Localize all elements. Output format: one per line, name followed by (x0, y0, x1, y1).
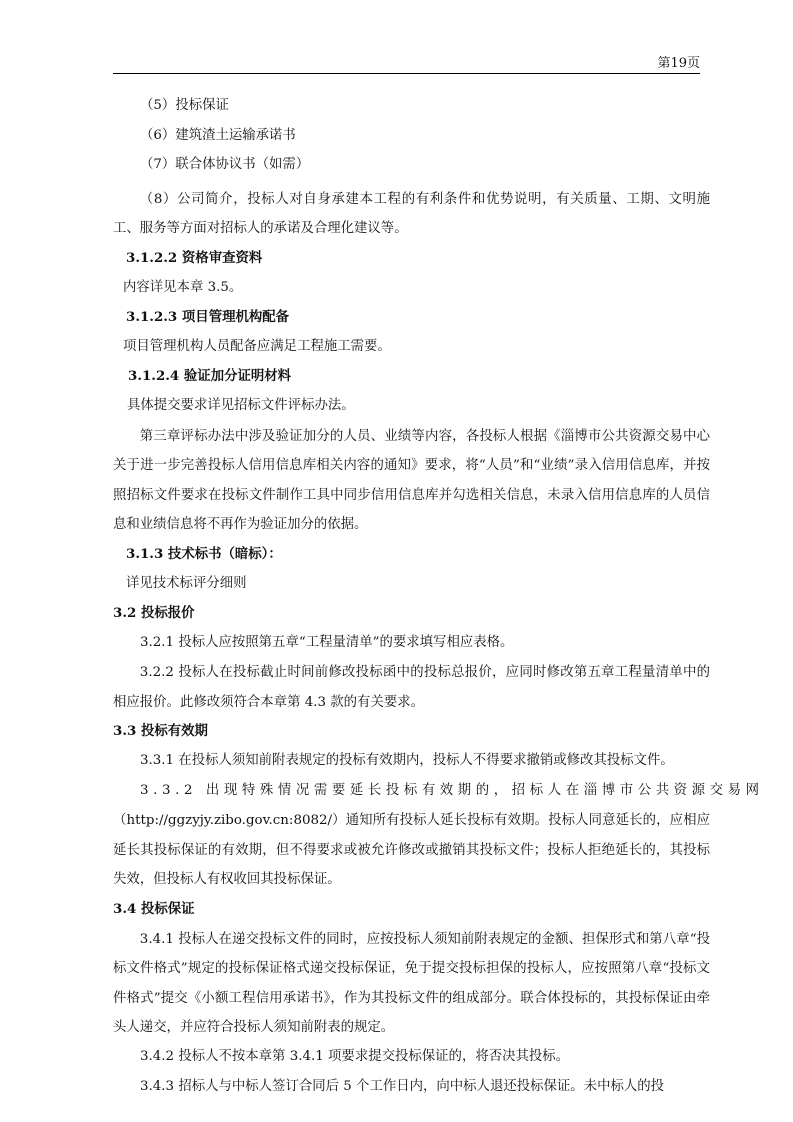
paragraph: 3.4.2 投标人不按本章第 3.4.1 项要求提交投标保证的，将否决其投标。 (113, 1047, 710, 1077)
paragraph: 内容详见本章 3.5。 (113, 278, 710, 308)
paragraph: 第三章评标办法中涉及验证加分的人员、业绩等内容，各投标人根据《淄博市公共资源交易… (113, 422, 710, 540)
paragraph: 详见技术标评分细则 (113, 574, 710, 604)
section-heading-3-1-2-3: 3.1.2.3 项目管理机构配备 (113, 307, 710, 337)
list-item: （7）联合体协议书（如需） (113, 155, 710, 185)
paragraph: 3.3.1 在投标人须知前附表规定的投标有效期内，投标人不得要求撤销或修改其投标… (113, 751, 710, 781)
page-header: 第19页 (113, 52, 700, 74)
section-heading-3-1-3: 3.1.3 技术标书（暗标）： (113, 544, 710, 574)
paragraph: 项目管理机构人员配备应满足工程施工需要。 (113, 337, 710, 367)
paragraph: 3.4.1 投标人在递交投标文件的同时，应按投标人须知前附表规定的金额、担保形式… (113, 925, 710, 1043)
section-heading-3-1-2-4: 3.1.2.4 验证加分证明材料 (113, 366, 710, 396)
list-item: （6）建筑渣土运输承诺书 (113, 126, 710, 156)
paragraph: 3.2.2 投标人在投标截止时间前修改投标函中的投标总报价，应同时修改第五章工程… (113, 658, 710, 717)
section-heading-3-1-2-2: 3.1.2.2 资格审查资料 (113, 248, 710, 278)
document-body: （5）投标保证 （6）建筑渣土运输承诺书 （7）联合体协议书（如需） （8）公司… (113, 96, 710, 1106)
page-number: 第19页 (657, 52, 700, 71)
section-heading-3-2: 3.2 投标报价 (113, 603, 710, 633)
paragraph: （http://ggzyjy.zibo.gov.cn:8082/）通知所有投标人… (113, 806, 710, 895)
list-item: （5）投标保证 (113, 96, 710, 126)
paragraph: 3.4.3 招标人与中标人签订合同后 5 个工作日内，向中标人退还投标保证。未中… (113, 1077, 710, 1107)
section-heading-3-3: 3.3 投标有效期 (113, 721, 710, 751)
list-item-paragraph: （8）公司简介，投标人对自身承建本工程的有利条件和优势说明，有关质量、工期、文明… (113, 185, 710, 244)
